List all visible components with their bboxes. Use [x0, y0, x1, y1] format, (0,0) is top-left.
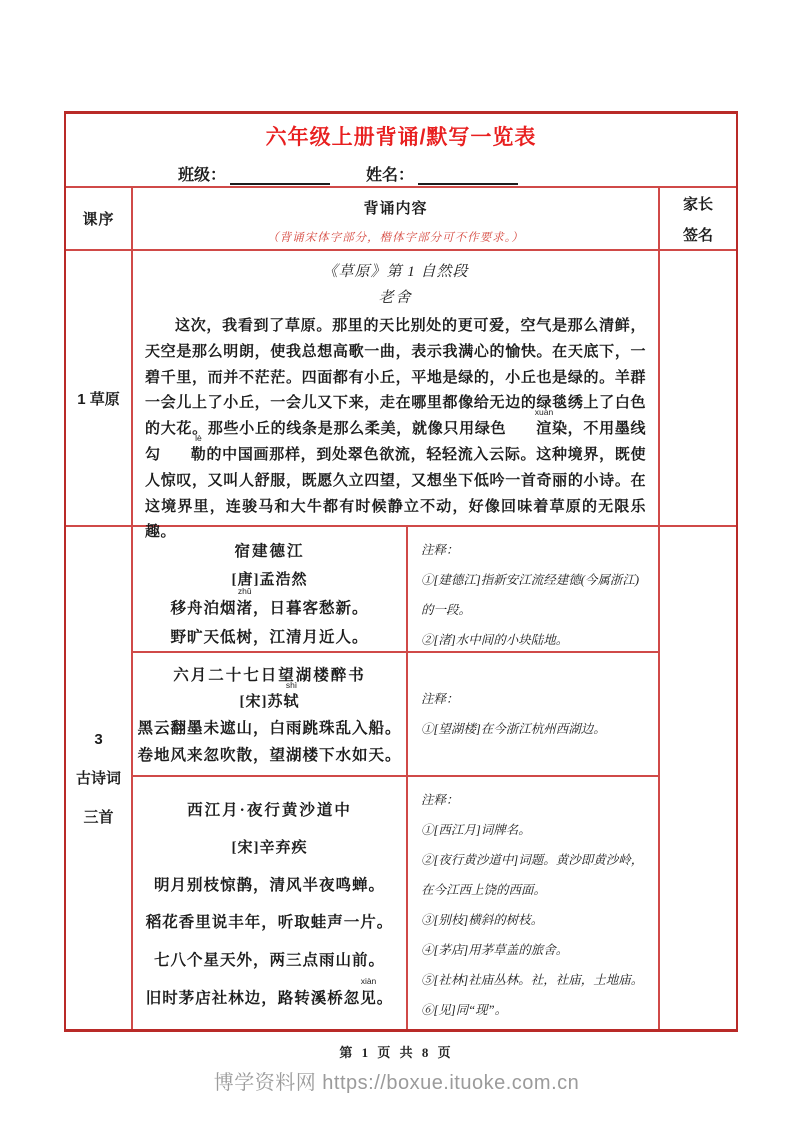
header-content-note: （背诵宋体字部分，楷体字部分可不作要求。） [133, 229, 658, 245]
char-le: 勒 [191, 447, 207, 463]
header-col-content-label: 背诵内容 [133, 197, 658, 218]
watermark-site: 博学资料网 https://boxue.ituoke.com.cn [0, 1066, 793, 1095]
paragraph-segment: 这次，我看到了草原。那里的天比别处的更可爱，空气是那么清鲜，天空是那么明朗，使我… [145, 318, 646, 437]
caoyuan-author: 老舍 [145, 286, 646, 307]
pinyin-shi: shì [286, 681, 297, 690]
poem3-line1: 明月别枝惊鹊，清风半夜鸣蝉。 [154, 873, 385, 895]
char-xuan: 渲 [536, 421, 552, 437]
note-item: ④[茅店]用茅草盖的旅舍。 [421, 935, 648, 965]
note-item: ②[夜行黄沙道中]词题。黄沙即黄沙岭，在今江西上饶的西面。 [421, 845, 648, 905]
poem3-line3: 七八个星天外，两三点雨山前。 [154, 948, 385, 970]
document-page: 六年级上册背诵/默写一览表 班级： 姓名： 课序 背诵内容 （背诵宋体字部分，楷… [0, 0, 793, 1121]
poem1-subrow: 宿建德江 [唐]孟浩然 移舟泊烟zhǔ渚，日暮客愁新。 野旷天低树，江清月近人。… [133, 527, 658, 653]
signature-cell-caoyuan [660, 251, 736, 546]
poem-line-segment: 移舟泊烟 [170, 600, 236, 617]
lesson-cell-poems: 3 古诗词 三首 [66, 527, 133, 1029]
poem1-notes-cell: 注释： ①[建德江]指新安江流经建德(今属浙江)的一段。 ②[渚]水中间的小块陆… [408, 527, 658, 659]
poem1-line2: 野旷天低树，江清月近人。 [170, 625, 368, 647]
caoyuan-content-cell: 《草原》第 1 自然段 老舍 这次，我看到了草原。那里的天比别处的更可爱，空气是… [133, 251, 660, 546]
poem2-cell: 六月二十七日望湖楼醉书 [宋]苏shì轼 黑云翻墨未遮山，白雨跳珠乱入船。 卷地… [133, 653, 408, 775]
recitation-table: 六年级上册背诵/默写一览表 班级： 姓名： 课序 背诵内容 （背诵宋体字部分，楷… [64, 111, 738, 1032]
page-number: 第 1 页 共 8 页 [0, 1042, 793, 1061]
pinyin-le: lè [165, 434, 202, 443]
poem-line-segment: ，日暮客愁新。 [253, 600, 369, 617]
poem-line-segment: 。 [377, 990, 394, 1007]
poem2-line2: 卷地风来忽吹散，望湖楼下水如天。 [137, 743, 401, 765]
poem2-title: 六月二十七日望湖楼醉书 [173, 663, 366, 685]
poem3-author: [宋]辛弃疾 [232, 836, 308, 857]
header-col-content: 背诵内容 （背诵宋体字部分，楷体字部分可不作要求。） [133, 188, 660, 249]
char-xian: 见 [360, 990, 377, 1007]
header-col-parent-sign: 家长 签名 [660, 188, 736, 249]
poem2-line1: 黑云翻墨未遮山，白雨跳珠乱入船。 [137, 716, 401, 738]
poem1-cell: 宿建德江 [唐]孟浩然 移舟泊烟zhǔ渚，日暮客愁新。 野旷天低树，江清月近人。 [133, 527, 408, 659]
caoyuan-paragraph: 这次，我看到了草原。那里的天比别处的更可爱，空气是那么清鲜，天空是那么明朗，使我… [145, 314, 646, 546]
name-blank-line [418, 168, 518, 185]
pinyin-xuan: xuàn [505, 408, 553, 417]
class-label: 班级： [178, 162, 226, 185]
poems-content-cell: 宿建德江 [唐]孟浩然 移舟泊烟zhǔ渚，日暮客愁新。 野旷天低树，江清月近人。… [133, 527, 660, 1029]
poem1-line1: 移舟泊烟zhǔ渚，日暮客愁新。 [170, 596, 368, 618]
notes-label: 注释： [421, 535, 648, 565]
lesson-label-line3: 三首 [83, 798, 113, 837]
name-label: 姓名： [366, 162, 414, 185]
note-item: ①[望湖楼]在今浙江杭州西湖边。 [421, 714, 648, 744]
pinyin-annotated-char: shì轼 [283, 690, 299, 711]
note-item: ①[建德江]指新安江流经建德(今属浙江)的一段。 [421, 565, 648, 625]
table-title-cell: 六年级上册背诵/默写一览表 班级： 姓名： [66, 114, 736, 188]
class-blank-line [230, 168, 330, 185]
notes-label: 注释： [421, 785, 648, 815]
lesson-number: 3 [94, 720, 102, 759]
header-parent-line2: 签名 [683, 224, 713, 245]
header-col-lesson: 课序 [66, 188, 133, 249]
poem2-author: [宋]苏shì轼 [239, 690, 299, 711]
poem3-title: 西江月·夜行黄沙道中 [187, 798, 352, 820]
notes-label: 注释： [421, 684, 648, 714]
poem-author-segment: [宋]苏 [239, 694, 283, 710]
table-header-row: 课序 背诵内容 （背诵宋体字部分，楷体字部分可不作要求。） 家长 签名 [66, 188, 736, 251]
pinyin-annotated-char: lè勒 [161, 443, 207, 469]
note-item: ⑤[社林]社庙丛林。社，社庙，土地庙。 [421, 965, 648, 995]
caoyuan-title: 《草原》第 1 自然段 [145, 260, 646, 281]
poem2-notes-cell: 注释： ①[望湖楼]在今浙江杭州西湖边。 [408, 653, 658, 775]
pinyin-annotated-char: zhǔ渚 [236, 596, 253, 618]
note-item: ⑥[见]同“现”。 [421, 995, 648, 1025]
poem-line-segment: 旧时茅店社林边，路转溪桥忽 [146, 990, 361, 1007]
poem3-line2: 稻花香里说丰年，听取蛙声一片。 [146, 910, 394, 932]
note-item: ③[别枝]横斜的树枝。 [421, 905, 648, 935]
poem3-notes-cell: 注释： ①[西江月]词牌名。 ②[夜行黄沙道中]词题。黄沙即黄沙岭，在今江西上饶… [408, 777, 658, 1029]
poem2-subrow: 六月二十七日望湖楼醉书 [宋]苏shì轼 黑云翻墨未遮山，白雨跳珠乱入船。 卷地… [133, 653, 658, 777]
lesson-cell-caoyuan: 1 草原 [66, 251, 133, 546]
header-parent-line1: 家长 [683, 193, 713, 214]
table-row-poems: 3 古诗词 三首 宿建德江 [唐]孟浩然 移舟泊烟zhǔ渚，日暮客愁新。 野旷天… [66, 527, 736, 1029]
pinyin-annotated-char: xuàn渲 [506, 417, 552, 443]
note-item: ①[西江月]词牌名。 [421, 815, 648, 845]
char-shi: 轼 [283, 694, 299, 710]
poem1-title: 宿建德江 [234, 539, 304, 561]
pinyin-xian: xiàn [361, 977, 377, 986]
lesson-label-line2: 古诗词 [76, 759, 121, 798]
pinyin-zhu: zhǔ [238, 587, 252, 596]
poem3-line4: 旧时茅店社林边，路转溪桥忽xiàn见。 [146, 986, 394, 1008]
class-name-row: 班级： 姓名： [178, 162, 736, 185]
signature-cell-poems [660, 527, 736, 1029]
doc-title: 六年级上册背诵/默写一览表 [66, 114, 736, 151]
poem3-subrow: 西江月·夜行黄沙道中 [宋]辛弃疾 明月别枝惊鹊，清风半夜鸣蝉。 稻花香里说丰年… [133, 777, 658, 1029]
char-zhu: 渚 [236, 600, 253, 617]
table-row-caoyuan: 1 草原 《草原》第 1 自然段 老舍 这次，我看到了草原。那里的天比别处的更可… [66, 251, 736, 527]
pinyin-annotated-char: xiàn见 [360, 986, 377, 1008]
note-item: ②[渚]水中间的小块陆地。 [421, 625, 648, 655]
poem3-cell: 西江月·夜行黄沙道中 [宋]辛弃疾 明月别枝惊鹊，清风半夜鸣蝉。 稻花香里说丰年… [133, 777, 408, 1029]
